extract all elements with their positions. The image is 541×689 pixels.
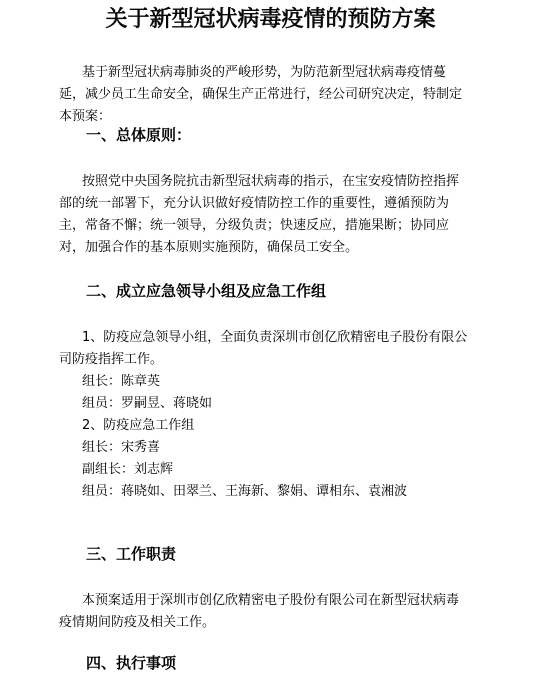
work-group-line: 2、防疫应急工作组 <box>82 415 194 437</box>
section-heading-3: 三、工作职责 <box>86 543 176 565</box>
section-body-3: 本预案适用于深圳市创亿欣精密电子股份有限公司在新型冠状病毒疫情期间防疫及相关工作… <box>59 590 469 634</box>
section-heading-4: 四、执行事项 <box>86 652 176 674</box>
members-line: 组员：罗嗣昱、蒋晓如 <box>82 393 212 415</box>
document-title: 关于新型冠状病毒疫情的预防方案 <box>0 4 541 34</box>
section-body-1: 按照党中央国务院抗击新型冠状病毒的指示，在宝安疫情防控指挥部的统一部署下，充分认… <box>59 171 469 259</box>
work-group-members-line: 组员：蒋晓如、田翠兰、王海新、黎娟、谭相东、袁湘波 <box>82 481 407 503</box>
section-heading-2: 二、成立应急领导小组及应急工作组 <box>86 280 326 302</box>
intro-paragraph: 基于新型冠状病毒肺炎的严峻形势，为防范新型冠状病毒疫情蔓延，减少员工生命安全，确… <box>59 62 469 128</box>
leadership-group-paragraph: 1、防疫应急领导小组，全面负责深圳市创亿欣精密电子股份有限公司防疫指挥工作。 <box>59 327 469 371</box>
work-group-leader-line: 组长：宋秀喜 <box>82 437 160 459</box>
deputy-leader-line: 副组长：刘志辉 <box>82 459 173 481</box>
leader-line: 组长：陈章英 <box>82 371 160 393</box>
section-heading-1: 一、总体原则： <box>86 124 191 146</box>
